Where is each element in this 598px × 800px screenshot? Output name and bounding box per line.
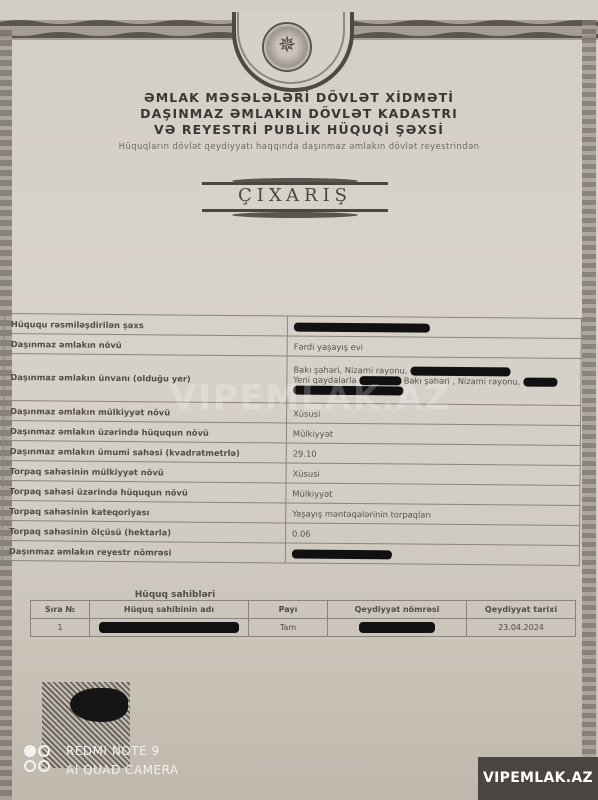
row-label: Daşınmaz əmlakın növü — [4, 334, 287, 356]
row-value: Fərdi yaşayış evi — [287, 336, 581, 359]
row-value: Xüsusi — [286, 463, 580, 486]
state-emblem-icon: ✵ — [262, 22, 312, 72]
site-watermark: VIPEMLAK.AZ — [170, 378, 451, 418]
camera-lens-icon — [24, 745, 36, 757]
row-label: Torpaq sahəsi üzərində hüququn növü — [3, 480, 286, 502]
redacted-text — [523, 378, 557, 387]
row-value: Mülkiyyət — [286, 423, 580, 446]
redacted-qr — [70, 688, 128, 722]
owners-table: Sıra № Hüquq sahibinin adı Payı Qeydiyya… — [30, 600, 576, 637]
col-header: Qeydiyyat nömrəsi — [328, 601, 467, 619]
camera-lens-icon — [38, 760, 50, 772]
camera-logo-icon — [24, 745, 56, 777]
owner-no: 1 — [31, 619, 90, 637]
owners-title: Hüquq sahibləri — [0, 590, 350, 600]
row-label: Torpaq sahəsinin kateqoriyası — [3, 500, 286, 522]
redacted-text — [359, 622, 435, 633]
owner-reg-number — [328, 619, 467, 637]
owner-share: Tam — [249, 619, 328, 637]
owner-name — [90, 619, 249, 637]
row-label: Daşınmaz əmlakın reyestr nömrəsi — [2, 540, 285, 562]
col-header: Payı — [249, 601, 328, 619]
col-header: Sıra № — [31, 601, 90, 619]
brand-badge: VIPEMLAK.AZ — [478, 757, 598, 800]
issuer-line-1: ƏMLAK MƏSƏLƏLƏRİ DÖVLƏT XİDMƏTİ — [0, 90, 598, 106]
document-photo: ✵ ƏMLAK MƏSƏLƏLƏRİ DÖVLƏT XİDMƏTİ DAŞINM… — [0, 0, 598, 800]
table-row: Daşınmaz əmlakın reyestr nömrəsi — [2, 540, 579, 565]
row-value: Yaşayış məntəqələrinin torpaqları — [286, 503, 580, 526]
issuer-line-2: DAŞINMAZ ƏMLAKIN DÖVLƏT KADASTRI — [0, 106, 598, 122]
row-label: Daşınmaz əmlakın üzərində hüququn növü — [3, 421, 286, 443]
camera-lens-icon — [24, 760, 36, 772]
col-header: Qeydiyyat tarixi — [467, 601, 576, 619]
redacted-text — [294, 322, 430, 332]
camera-watermark: REDMI NOTE 9 AI QUAD CAMERA — [66, 742, 179, 780]
document-title-banner: ÇIXARIŞ — [202, 176, 388, 216]
table-row: 1 Tam 23.04.2024 — [31, 619, 576, 637]
row-label: Torpaq sahəsinin ölçüsü (hektarla) — [3, 520, 286, 542]
row-value — [285, 543, 579, 566]
row-value: 29.10 — [286, 443, 580, 466]
row-label: Torpaq sahəsinin mülkiyyət növü — [3, 460, 286, 482]
row-value: 0.06 — [286, 523, 580, 546]
document-title: ÇIXARIŞ — [202, 185, 388, 206]
camera-model: REDMI NOTE 9 — [66, 742, 179, 761]
row-label: Daşınmaz əmlakın ümumi sahəsi (kvadratme… — [3, 440, 286, 462]
star-icon: ✵ — [264, 33, 310, 59]
camera-type: AI QUAD CAMERA — [66, 761, 179, 780]
issuer-header: ƏMLAK MƏSƏLƏLƏRİ DÖVLƏT XİDMƏTİ DAŞINMAZ… — [0, 90, 598, 152]
redacted-text — [292, 549, 392, 559]
issuer-subtitle: Hüquqların dövlət qeydiyyatı haqqında da… — [0, 142, 598, 152]
redacted-text — [99, 622, 239, 633]
camera-lens-icon — [38, 745, 50, 757]
owner-reg-date: 23.04.2024 — [467, 619, 576, 637]
property-info-table: Hüququ rəsmiləşdirilən şəxs Daşınmaz əml… — [2, 313, 582, 566]
row-value — [287, 316, 581, 339]
row-label: Hüququ rəsmiləşdirilən şəxs — [4, 314, 287, 336]
owners-header-row: Sıra № Hüquq sahibinin adı Payı Qeydiyya… — [31, 601, 576, 619]
col-header: Hüquq sahibinin adı — [90, 601, 249, 619]
title-ornament-bottom — [232, 212, 358, 218]
row-value: Mülkiyyət — [286, 483, 580, 506]
issuer-line-3: VƏ REYESTRİ PUBLİK HÜQUQİ ŞƏXSİ — [0, 122, 598, 138]
